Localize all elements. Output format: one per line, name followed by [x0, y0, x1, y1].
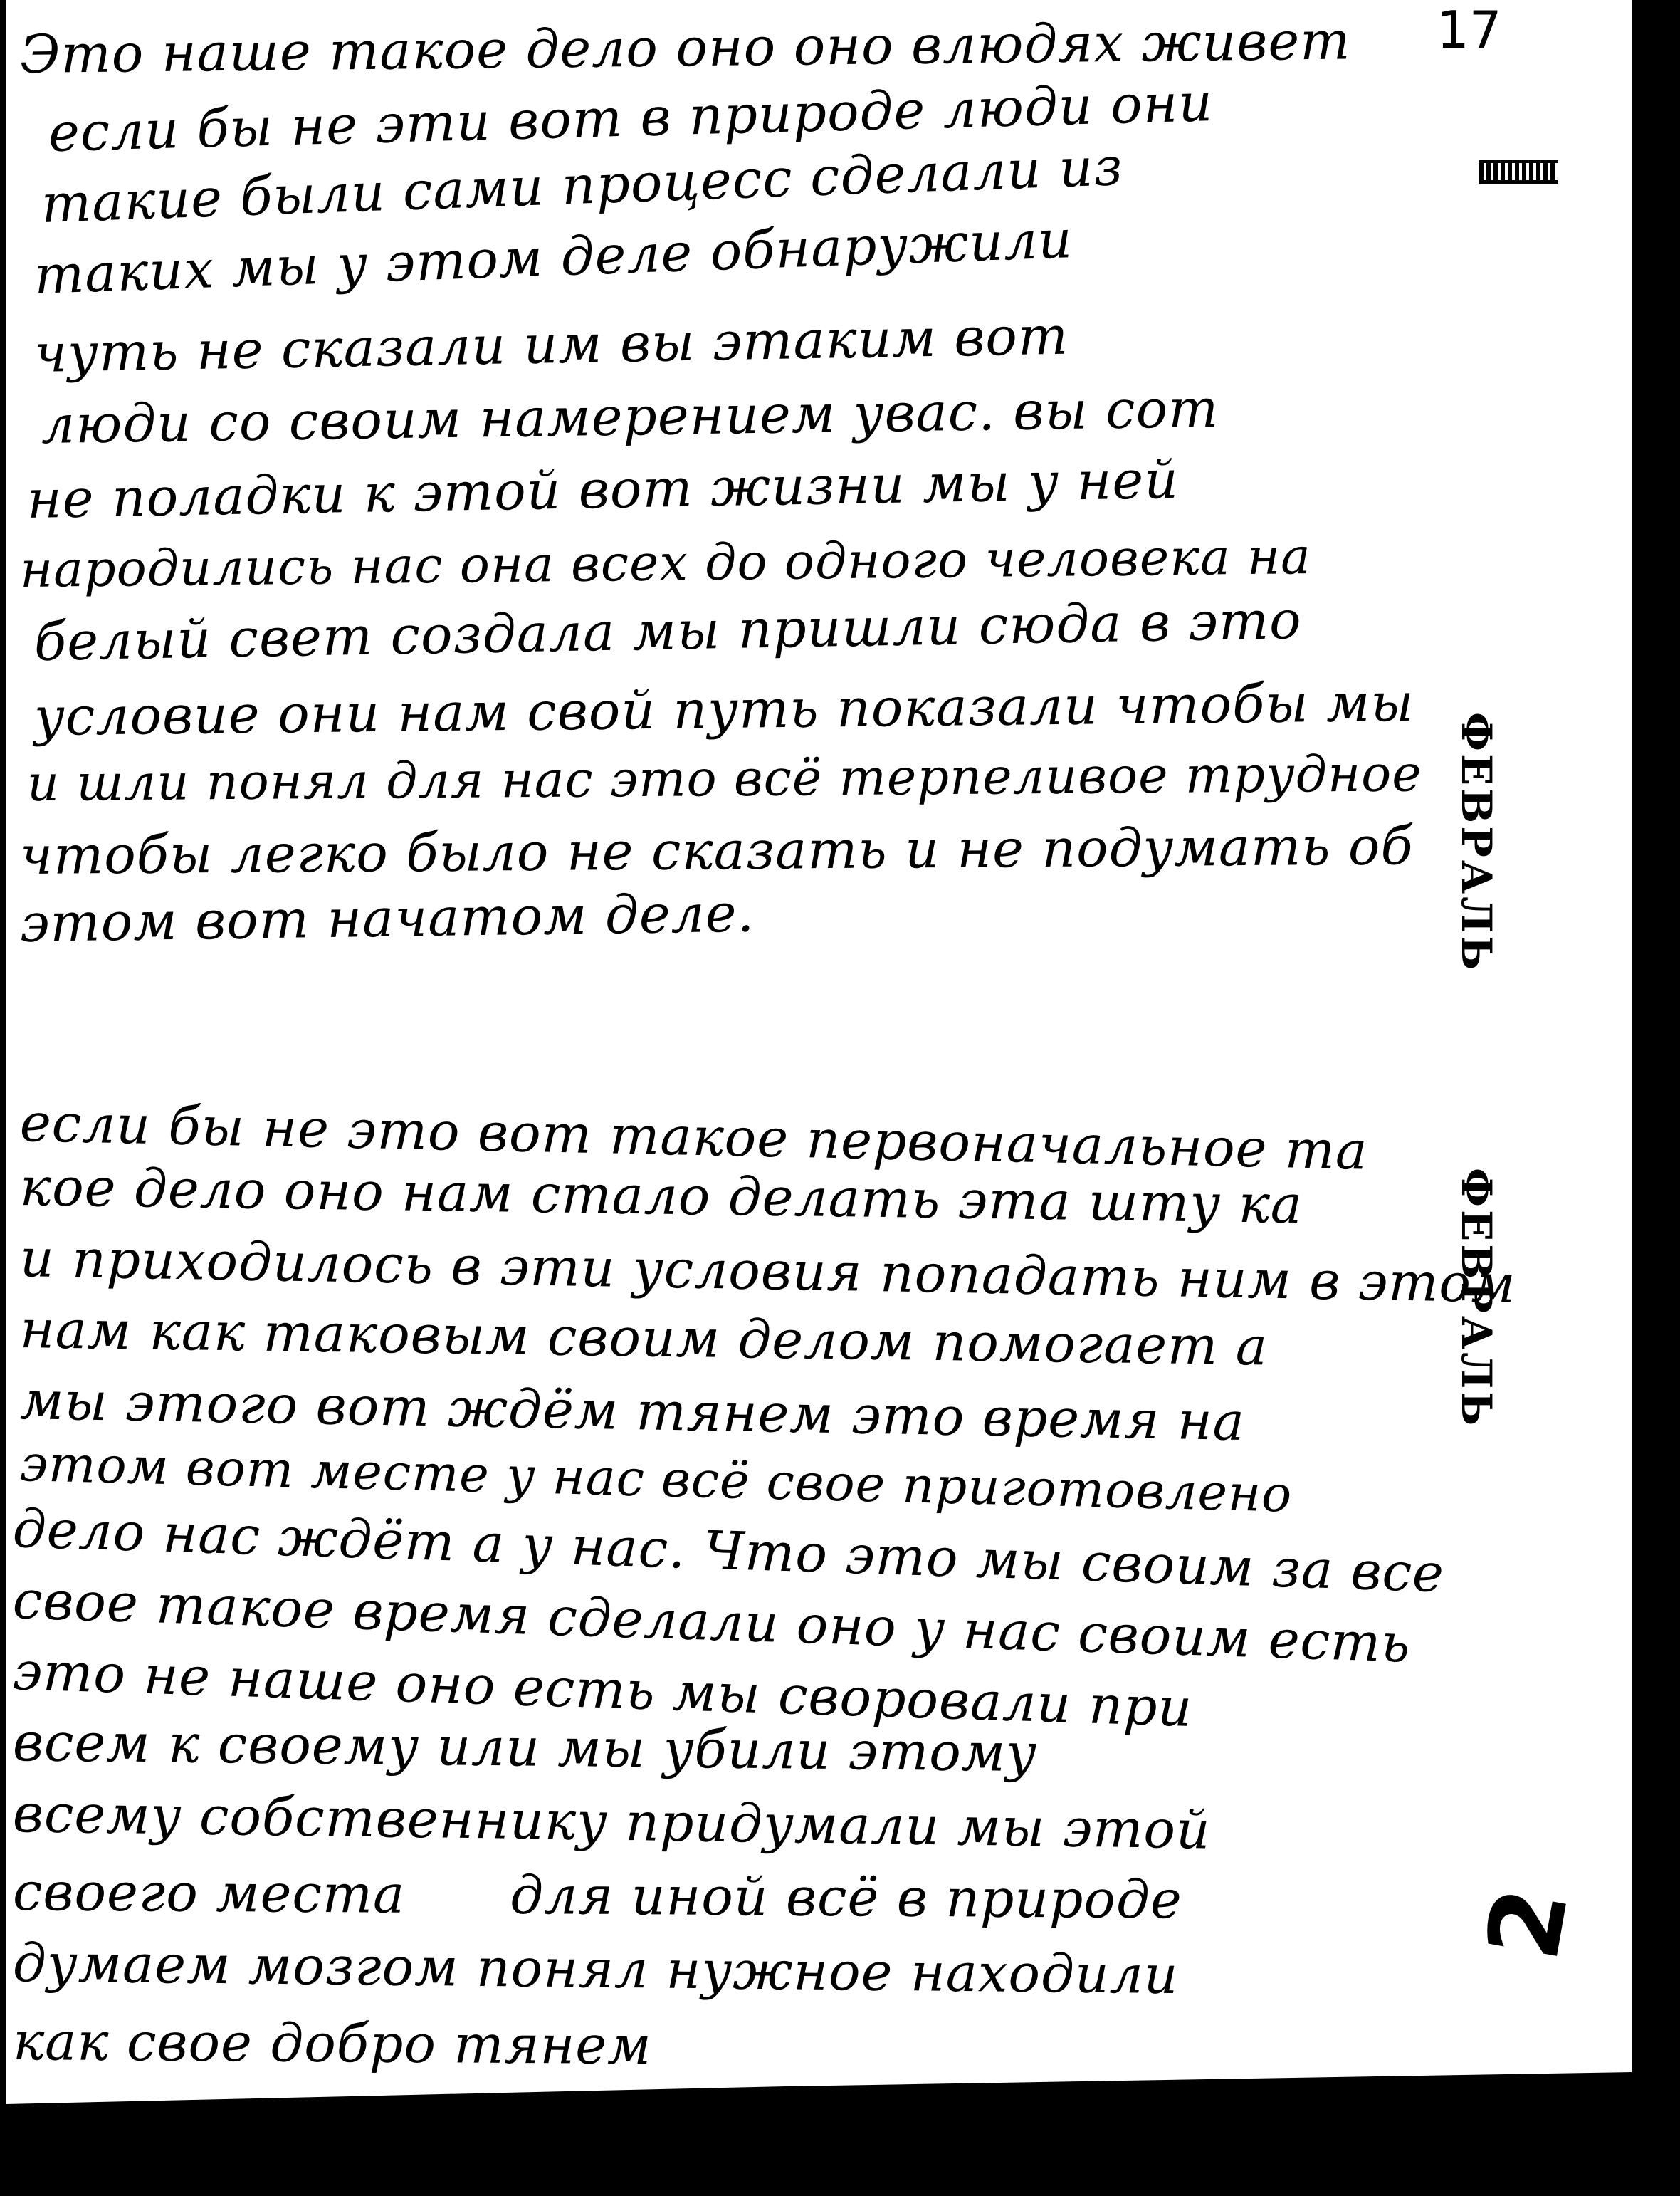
handwritten-line: и шли понял для нас это всё терпеливое т… [27, 748, 1422, 808]
handwritten-line: люди со своим намерением увас. вы сот [41, 382, 1219, 451]
month-stamp: ФЕВРАЛЬ [1452, 712, 1501, 973]
handwritten-line: народились нас она всех до одного челове… [20, 531, 1312, 595]
handwritten-line: чуть не сказали им вы этаким вот [33, 310, 1069, 380]
handwritten-line: белый свет создала мы пришли сюда в это [33, 594, 1302, 669]
handwritten-page: 17 Это наше такое дело оно оно влюдях жи… [6, 0, 1632, 2104]
handwritten-line: всем к своему или мы убили этому [13, 1716, 1038, 1779]
handwritten-line: Это наше такое дело оно оно влюдях живет [20, 14, 1351, 81]
handwritten-line: своего места для иной всё в природе [13, 1866, 1182, 1926]
handwritten-line: как свое добро тянем [13, 2015, 652, 2072]
handwritten-line: не поладки к этой вот жизни мы у ней [26, 454, 1179, 526]
small-ink-stamp-icon [1479, 160, 1558, 184]
handwritten-line: и приходилось в эти условия попадать ним… [19, 1232, 1516, 1311]
handwritten-line: условие они нам свой путь показали чтобы… [34, 676, 1414, 743]
handwritten-line: кое дело оно нам стало делать эта шту ка [19, 1161, 1303, 1231]
handwritten-line: думаем мозгом понял нужное находили [13, 1937, 1179, 2002]
handwritten-line: нам как таковым своим делом помогает а [19, 1303, 1268, 1373]
page-number: 17 [1437, 0, 1502, 60]
handwritten-line: всему собственнику придумали мы этой [12, 1787, 1211, 1856]
handwritten-line: чтобы легко было не сказать и не подумат… [20, 820, 1414, 882]
handwritten-line: мы этого вот ждём тянем это время на [19, 1374, 1245, 1448]
handwritten-line: этом вот начатом деле. [19, 887, 755, 950]
corner-numeral: 2 [1465, 1879, 1591, 1967]
month-stamp: ФЕВРАЛЬ [1452, 1168, 1501, 1428]
